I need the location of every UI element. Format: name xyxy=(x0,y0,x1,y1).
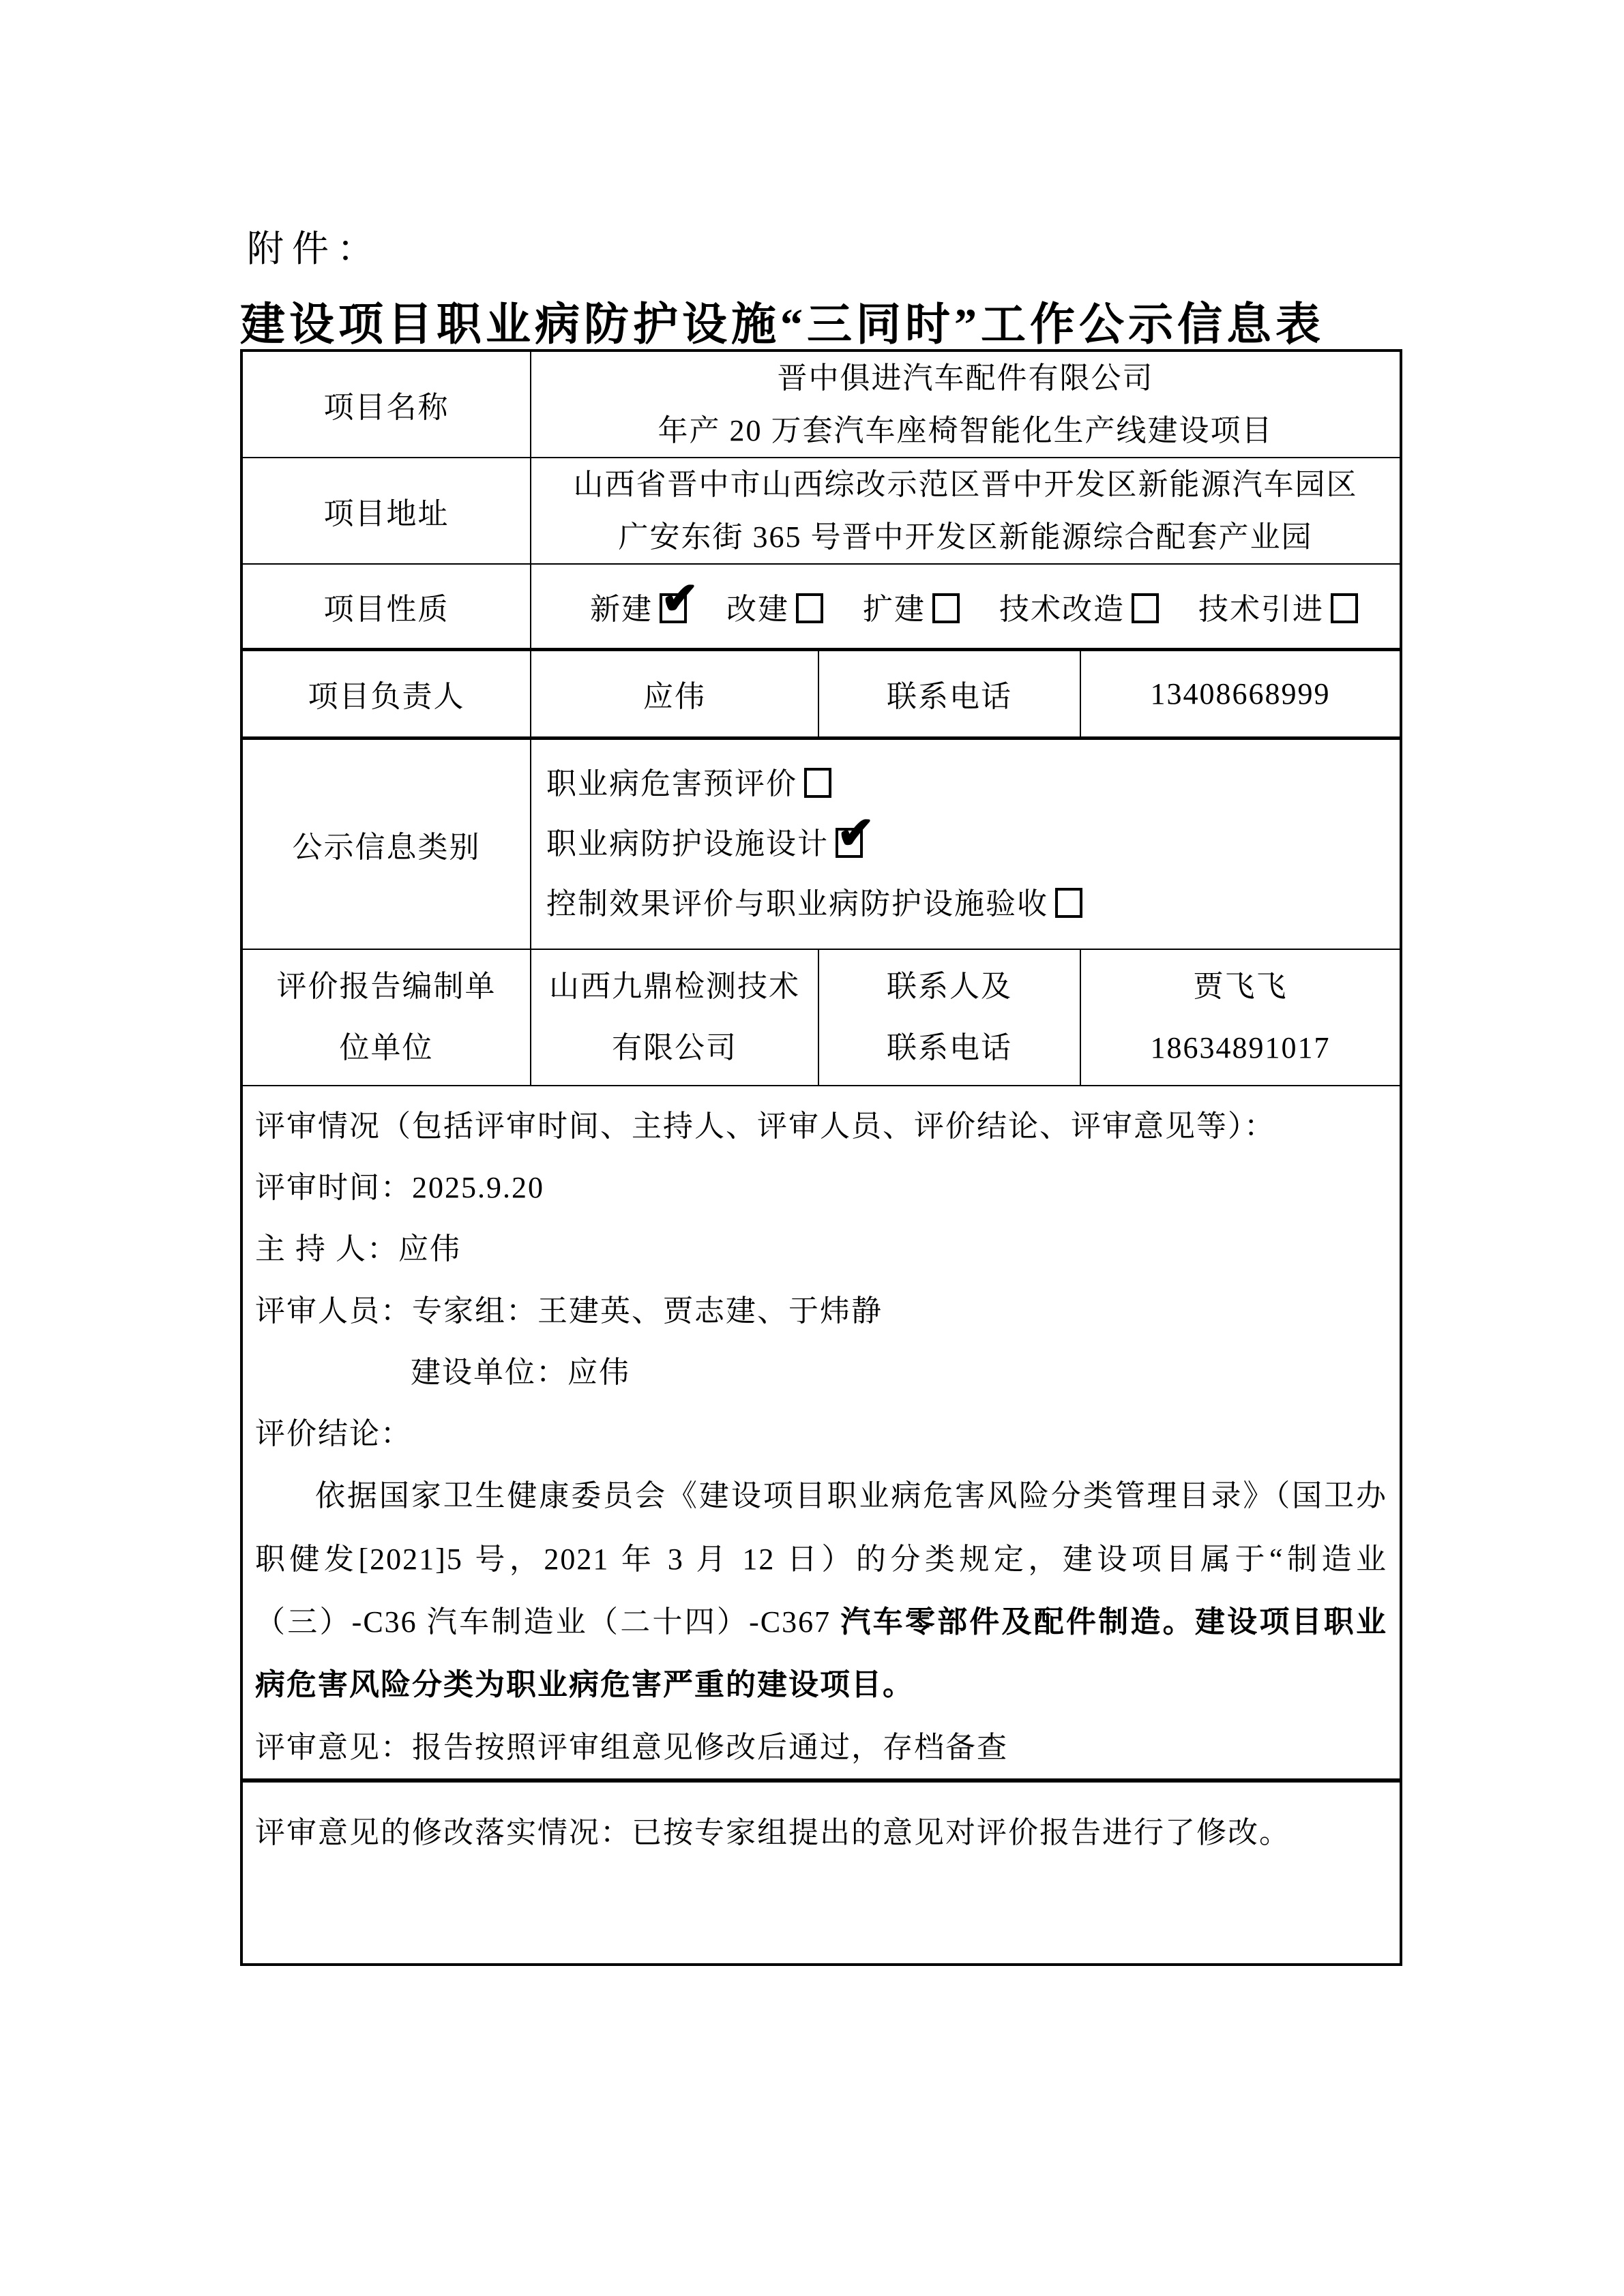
document-page: 附件： 建设项目职业病防护设施“三同时”工作公示信息表 项目名称 晋中俱进汽车配… xyxy=(0,0,1624,2296)
checkbox-expand xyxy=(932,593,960,623)
review-time-line: 评审时间：2025.9.20 xyxy=(255,1157,1387,1219)
row-project-address: 项目地址 山西省晋中市山西综改示范区晋中开发区新能源汽车园区 广安东街 365 … xyxy=(241,458,1401,564)
nature-option-tech-import: 技术引进 xyxy=(1198,584,1358,628)
report-unit-label: 评价报告编制单 位单位 xyxy=(241,949,531,1086)
project-nature-label: 项目性质 xyxy=(241,564,531,649)
category-option-label: 职业病防护设施设计 xyxy=(546,827,829,861)
report-unit-name: 山西九鼎检测技术 有限公司 xyxy=(531,949,818,1086)
row-report-unit: 评价报告编制单 位单位 山西九鼎检测技术 有限公司 联系人及 联系电话 贾飞飞 … xyxy=(241,949,1401,1086)
project-address-line2: 广安东街 365 号晋中开发区新能源综合配套产业园 xyxy=(541,511,1390,563)
category-option-label: 控制效果评价与职业病防护设施验收 xyxy=(546,887,1048,921)
report-contact-label: 联系人及 联系电话 xyxy=(818,949,1080,1086)
review-conclusion-label: 评价结论： xyxy=(255,1403,1387,1465)
nature-option-label: 新建 xyxy=(590,593,653,626)
checkbox-new-build xyxy=(660,593,687,623)
report-contact-name: 贾飞飞 xyxy=(1091,956,1390,1017)
report-contact-phone: 18634891017 xyxy=(1091,1017,1390,1079)
checkbox-tech-transform xyxy=(1132,593,1159,623)
checkbox-pre-evaluation xyxy=(804,768,831,798)
project-address-label: 项目地址 xyxy=(241,458,531,564)
review-opinion-line: 评审意见：报告按照评审组意见修改后通过，存档备查 xyxy=(255,1717,1387,1778)
report-contact-value: 贾飞飞 18634891017 xyxy=(1080,949,1401,1086)
nature-option-rebuild: 改建 xyxy=(726,584,823,628)
review-construction-unit-line: 建设单位：应伟 xyxy=(255,1342,1387,1403)
category-option-facility-design: 职业病防护设施设计 xyxy=(546,814,1390,874)
row-review-details: 评审情况（包括评审时间、主持人、评审人员、评价结论、评审意见等）： 评审时间：2… xyxy=(241,1086,1401,1780)
report-contact-label-line1: 联系人及 xyxy=(829,956,1070,1017)
page-title: 建设项目职业病防护设施“三同时”工作公示信息表 xyxy=(240,288,1400,353)
nature-option-new: 新建 xyxy=(590,584,687,628)
nature-option-list: 新建 改建 扩建 技术改造 技术引进 xyxy=(541,584,1390,628)
nature-option-label: 技术引进 xyxy=(1198,593,1324,626)
category-option-pre-evaluation: 职业病危害预评价 xyxy=(546,754,1390,814)
nature-option-label: 技术改造 xyxy=(999,593,1125,626)
implementation-cell: 评审意见的修改落实情况：已按专家组提出的意见对评价报告进行了修改。 xyxy=(241,1780,1401,1965)
row-implementation: 评审意见的修改落实情况：已按专家组提出的意见对评价报告进行了修改。 xyxy=(241,1780,1401,1965)
row-public-info-category: 公示信息类别 职业病危害预评价 职业病防护设施设计 控制效果评价与职业病防护设施… xyxy=(241,738,1401,949)
publicity-info-table: 项目名称 晋中俱进汽车配件有限公司 年产 20 万套汽车座椅智能化生产线建设项目… xyxy=(240,349,1402,1966)
checkbox-facility-design xyxy=(836,828,863,858)
project-name-label: 项目名称 xyxy=(241,351,531,458)
attachment-label: 附件： xyxy=(247,220,382,272)
review-heading: 评审情况（包括评审时间、主持人、评审人员、评价结论、评审意见等）： xyxy=(255,1096,1387,1157)
project-leader-name: 应伟 xyxy=(531,649,818,738)
leader-phone-label: 联系电话 xyxy=(818,649,1080,738)
project-name-line1: 晋中俱进汽车配件有限公司 xyxy=(541,352,1390,404)
review-details-cell: 评审情况（包括评审时间、主持人、评审人员、评价结论、评审意见等）： 评审时间：2… xyxy=(241,1086,1401,1780)
project-nature-options: 新建 改建 扩建 技术改造 技术引进 xyxy=(531,564,1401,649)
review-conclusion-paragraph: 依据国家卫生健康委员会《建设项目职业病危害风险分类管理目录》（国卫办职健发[20… xyxy=(255,1465,1387,1717)
row-project-name: 项目名称 晋中俱进汽车配件有限公司 年产 20 万套汽车座椅智能化生产线建设项目 xyxy=(241,351,1401,458)
category-label: 公示信息类别 xyxy=(241,738,531,949)
project-name-value: 晋中俱进汽车配件有限公司 年产 20 万套汽车座椅智能化生产线建设项目 xyxy=(531,351,1401,458)
row-project-leader: 项目负责人 应伟 联系电话 13408668999 xyxy=(241,649,1401,738)
checkbox-effect-acceptance xyxy=(1055,888,1082,918)
project-address-value: 山西省晋中市山西综改示范区晋中开发区新能源汽车园区 广安东街 365 号晋中开发… xyxy=(531,458,1401,564)
nature-option-label: 扩建 xyxy=(863,593,926,626)
nature-option-label: 改建 xyxy=(726,593,789,626)
row-project-nature: 项目性质 新建 改建 扩建 技术改造 技术引进 xyxy=(241,564,1401,649)
report-contact-label-line2: 联系电话 xyxy=(829,1017,1070,1079)
category-options: 职业病危害预评价 职业病防护设施设计 控制效果评价与职业病防护设施验收 xyxy=(531,738,1401,949)
report-unit-name-line2: 有限公司 xyxy=(541,1017,808,1079)
category-option-label: 职业病危害预评价 xyxy=(546,767,797,801)
checkbox-rebuild xyxy=(796,593,823,623)
report-unit-label-line1: 评价报告编制单 xyxy=(252,956,520,1017)
project-address-line1: 山西省晋中市山西综改示范区晋中开发区新能源汽车园区 xyxy=(541,458,1390,511)
leader-phone-value: 13408668999 xyxy=(1080,649,1401,738)
category-option-effect-acceptance: 控制效果评价与职业病防护设施验收 xyxy=(546,874,1390,934)
report-unit-name-line1: 山西九鼎检测技术 xyxy=(541,956,808,1017)
review-reviewers-line: 评审人员：专家组：王建英、贾志建、于炜静 xyxy=(255,1281,1387,1342)
review-host-line: 主 持 人：应伟 xyxy=(255,1219,1387,1280)
nature-option-tech-transform: 技术改造 xyxy=(999,584,1159,628)
project-leader-label: 项目负责人 xyxy=(241,649,531,738)
checkbox-tech-import xyxy=(1331,593,1358,623)
project-name-line2: 年产 20 万套汽车座椅智能化生产线建设项目 xyxy=(541,404,1390,457)
report-unit-label-line2: 位单位 xyxy=(252,1017,520,1079)
nature-option-expand: 扩建 xyxy=(863,584,960,628)
